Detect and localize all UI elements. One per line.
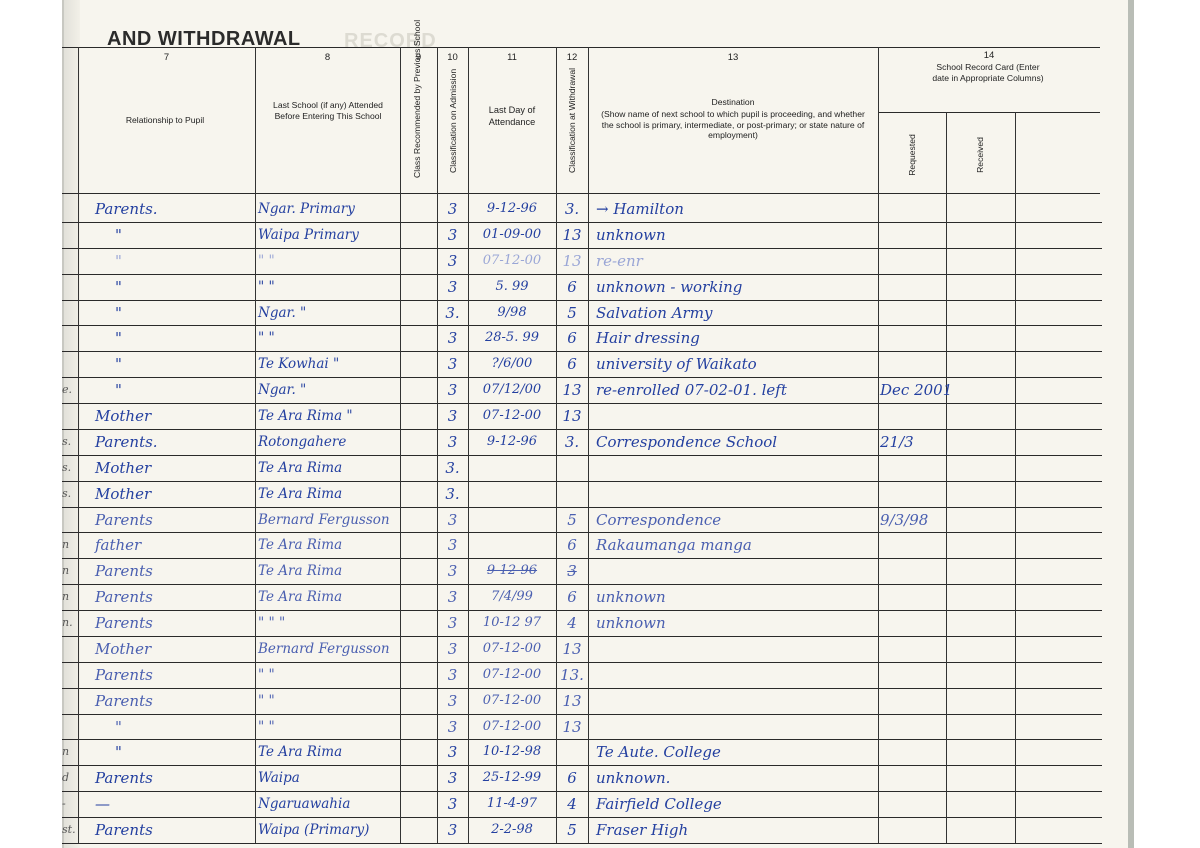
rule-line (878, 112, 1100, 113)
withdrawal-class-cell: 13 (556, 223, 588, 247)
relationship-cell: Mother (95, 482, 250, 506)
last-school-cell: Bernard Fergusson (258, 508, 400, 532)
last-day-cell: 11-4-97 (468, 792, 556, 816)
last-school-cell: " " (258, 275, 400, 299)
column-divider (78, 47, 79, 843)
col-14-number: 14 (878, 50, 1100, 61)
last-day-cell: 07-12-00 (468, 689, 556, 713)
admission-class-cell: 3 (437, 508, 468, 532)
last-day-cell: 7/4/99 (468, 585, 556, 609)
relationship-cell: Parents (95, 766, 250, 790)
last-school-cell: Ngar. " (258, 378, 400, 402)
relationship-cell: father (95, 533, 250, 557)
left-margin-fragment: s. (62, 435, 71, 448)
last-day-cell: 9-12-96 (468, 197, 556, 221)
relationship-cell: Mother (95, 637, 250, 661)
withdrawal-class-cell: 3. (556, 430, 588, 454)
withdrawal-class-cell: 13 (556, 637, 588, 661)
last-school-cell: " " (258, 689, 400, 713)
admission-class-cell: 3 (437, 792, 468, 816)
destination-cell: re-enrolled 07-02-01. left (596, 378, 876, 402)
withdrawal-class-cell: 6 (556, 585, 588, 609)
destination-cell: Fraser High (596, 818, 876, 842)
bleed-through-title: RECORD (344, 30, 437, 53)
last-day-cell: 28-5. 99 (468, 326, 556, 350)
left-margin-fragment: n (62, 590, 69, 603)
col-14-header: School Record Card (Enter date in Approp… (932, 62, 1044, 83)
left-margin-fragment: e. (62, 383, 72, 396)
admission-class-cell: 3 (437, 766, 468, 790)
col-11-number: 11 (468, 52, 556, 63)
rule-line (62, 193, 1100, 194)
destination-cell: Rakaumanga manga (596, 533, 876, 557)
last-day-cell: 07-12-00 (468, 637, 556, 661)
last-day-cell: 01-09-00 (468, 223, 556, 247)
last-day-cell: 25-12-99 (468, 766, 556, 790)
last-school-cell: Bernard Fergusson (258, 637, 400, 661)
last-day-cell: 07-12-00 (468, 663, 556, 687)
withdrawal-class-cell: 13 (556, 715, 588, 739)
last-school-cell: Te Ara Rima (258, 456, 400, 480)
last-school-cell: " " (258, 715, 400, 739)
admission-class-cell: 3 (437, 611, 468, 635)
destination-cell: university of Waikato (596, 352, 876, 376)
last-school-cell: Te Ara Rima " (258, 404, 400, 428)
last-day-cell: 10-12-98 (468, 740, 556, 764)
left-margin-fragment: n (62, 745, 69, 758)
admission-class-cell: 3 (437, 197, 468, 221)
left-margin-fragment: s. (62, 487, 71, 500)
col-13-number: 13 (588, 52, 878, 63)
withdrawal-class-cell: 5 (556, 508, 588, 532)
relationship-cell: " (95, 223, 270, 247)
admission-class-cell: 3 (437, 663, 468, 687)
last-school-cell: Waipa Primary (258, 223, 400, 247)
relationship-cell: Parents. (95, 430, 250, 454)
last-day-cell: 07/12/00 (468, 378, 556, 402)
admission-class-cell: 3 (437, 715, 468, 739)
destination-cell: unknown (596, 223, 876, 247)
last-school-cell: Ngaruawahia (258, 792, 400, 816)
admission-class-cell: 3 (437, 275, 468, 299)
last-school-cell: Te Ara Rima (258, 533, 400, 557)
destination-cell: unknown (596, 585, 876, 609)
admission-class-cell: 3. (437, 456, 468, 480)
last-school-cell: " " (258, 663, 400, 687)
last-school-cell: Te Kowhai " (258, 352, 400, 376)
relationship-cell: Parents (95, 818, 250, 842)
col-7-number: 7 (78, 52, 255, 63)
left-margin-fragment: n (62, 538, 69, 551)
col-10-number: 10 (437, 52, 468, 63)
destination-cell: Salvation Army (596, 301, 876, 325)
withdrawal-class-cell: 6 (556, 352, 588, 376)
col-7-header: Relationship to Pupil (100, 115, 230, 126)
col-8-header: Last School (if any) Attended Before Ent… (272, 100, 384, 121)
destination-cell: re-enr (596, 249, 876, 273)
last-school-cell: " " " (258, 611, 400, 635)
withdrawal-class-cell: 6 (556, 533, 588, 557)
admission-class-cell: 3 (437, 223, 468, 247)
column-divider (946, 112, 947, 843)
last-school-cell: Ngar. Primary (258, 197, 400, 221)
col-12-number: 12 (556, 52, 588, 63)
destination-cell: → Hamilton (596, 197, 876, 221)
column-divider (400, 47, 401, 843)
record-requested-cell: 21/3 (880, 430, 946, 454)
destination-cell: unknown - working (596, 275, 876, 299)
admission-class-cell: 3 (437, 637, 468, 661)
withdrawal-class-cell: 3 (556, 559, 588, 583)
relationship-cell: " (95, 326, 270, 350)
relationship-cell: " (95, 740, 270, 764)
admission-class-cell: 3 (437, 818, 468, 842)
last-day-cell: 5. 99 (468, 275, 556, 299)
column-divider (588, 47, 589, 843)
col-13-header-title: Destination (588, 97, 878, 108)
admission-class-cell: 3 (437, 740, 468, 764)
left-margin-fragment: n (62, 564, 69, 577)
col-12-header: Classification at Withdrawal (567, 83, 577, 173)
rule-line (62, 47, 1100, 48)
relationship-cell: " (95, 715, 270, 739)
last-day-cell: 2-2-98 (468, 818, 556, 842)
last-day-cell: 07-12-00 (468, 404, 556, 428)
withdrawal-class-cell: 13 (556, 249, 588, 273)
last-day-cell: 9/98 (468, 301, 556, 325)
withdrawal-class-cell: 6 (556, 326, 588, 350)
relationship-cell: Parents (95, 508, 250, 532)
last-school-cell: Waipa (258, 766, 400, 790)
admission-class-cell: 3 (437, 585, 468, 609)
left-margin-fragment: s. (62, 461, 71, 474)
last-school-cell: Te Ara Rima (258, 585, 400, 609)
withdrawal-class-cell: 5 (556, 818, 588, 842)
relationship-cell: " (95, 378, 270, 402)
last-school-cell: Te Ara Rima (258, 740, 400, 764)
last-day-cell: 07-12-00 (468, 249, 556, 273)
col-13-header-detail: (Show name of next school to which pupil… (594, 109, 872, 141)
withdrawal-class-cell: 6 (556, 275, 588, 299)
withdrawal-class-cell: 13 (556, 689, 588, 713)
left-margin-fragment: - (62, 797, 66, 810)
destination-cell: Fairfield College (596, 792, 876, 816)
col-14-received-header: Received (975, 115, 985, 195)
withdrawal-class-cell: 5 (556, 301, 588, 325)
relationship-cell: Parents. (95, 197, 250, 221)
withdrawal-class-cell: 13. (556, 663, 588, 687)
destination-cell: Hair dressing (596, 326, 876, 350)
admission-class-cell: 3 (437, 689, 468, 713)
record-requested-cell: Dec 2001 (880, 378, 970, 402)
admission-class-cell: 3. (437, 301, 468, 325)
admission-class-cell: 3 (437, 326, 468, 350)
relationship-cell: Parents (95, 663, 250, 687)
withdrawal-class-cell: 4 (556, 611, 588, 635)
record-requested-cell: 9/3/98 (880, 508, 946, 532)
relationship-cell: Parents (95, 611, 250, 635)
left-margin-fragment: st. (62, 823, 76, 836)
column-divider (878, 47, 879, 843)
relationship-cell: " (95, 301, 270, 325)
withdrawal-class-cell: 4 (556, 792, 588, 816)
rule-line (62, 843, 1102, 844)
last-school-cell: Ngar. " (258, 301, 400, 325)
relationship-cell: — (95, 792, 250, 816)
withdrawal-class-cell: 6 (556, 766, 588, 790)
destination-cell: unknown. (596, 766, 876, 790)
admission-class-cell: 3 (437, 378, 468, 402)
admission-class-cell: 3 (437, 533, 468, 557)
admission-class-cell: 3 (437, 559, 468, 583)
last-day-cell: 9-12-96 (468, 430, 556, 454)
column-divider (1015, 112, 1016, 843)
withdrawal-class-cell: 13 (556, 404, 588, 428)
admission-class-cell: 3. (437, 482, 468, 506)
destination-cell: Correspondence School (596, 430, 876, 454)
destination-cell: Correspondence (596, 508, 876, 532)
last-day-cell: 9-12-96 (468, 559, 556, 583)
last-school-cell: Te Ara Rima (258, 482, 400, 506)
left-margin-fragment: d (62, 771, 69, 784)
last-school-cell: Rotongahere (258, 430, 400, 454)
admission-class-cell: 3 (437, 404, 468, 428)
col-11-header: Last Day of Attendance (478, 104, 546, 128)
relationship-cell: Mother (95, 456, 250, 480)
last-day-cell: 10-12 97 (468, 611, 556, 635)
col-9-header: Class Recommended by Previous School (412, 78, 422, 178)
last-school-cell: Te Ara Rima (258, 559, 400, 583)
destination-cell: unknown (596, 611, 876, 635)
last-school-cell: Waipa (Primary) (258, 818, 400, 842)
relationship-cell: Parents (95, 585, 250, 609)
relationship-cell: Parents (95, 689, 250, 713)
col-10-header: Classification on Admission (448, 83, 458, 173)
withdrawal-class-cell: 13 (556, 378, 588, 402)
admission-class-cell: 3 (437, 249, 468, 273)
col-8-number: 8 (255, 52, 400, 63)
destination-cell: Te Aute. College (596, 740, 876, 764)
last-day-cell: ?/6/00 (468, 352, 556, 376)
left-margin-fragment: n. (62, 616, 73, 629)
relationship-cell: Mother (95, 404, 250, 428)
last-school-cell: " " (258, 326, 400, 350)
relationship-cell: Parents (95, 559, 250, 583)
col-14-requested-header: Requested (907, 115, 917, 195)
last-school-cell: " " (258, 249, 400, 273)
relationship-cell: " (95, 275, 270, 299)
last-day-cell: 07-12-00 (468, 715, 556, 739)
relationship-cell: " (95, 249, 270, 273)
admission-class-cell: 3 (437, 352, 468, 376)
relationship-cell: " (95, 352, 270, 376)
admission-class-cell: 3 (437, 430, 468, 454)
withdrawal-class-cell: 3. (556, 197, 588, 221)
